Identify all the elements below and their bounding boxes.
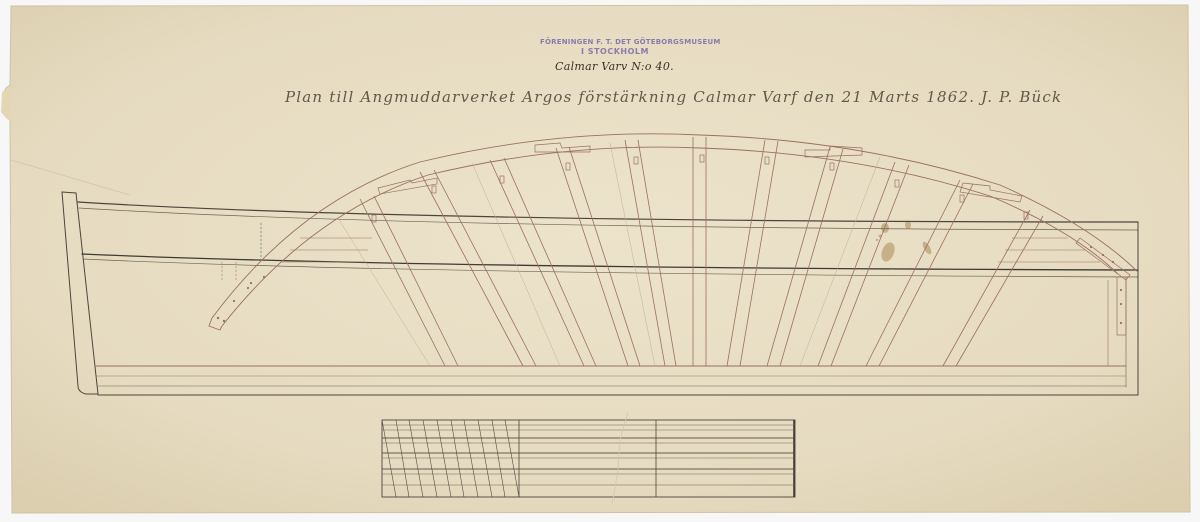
drawing-sheet (0, 0, 1200, 522)
catalog-note: Calmar Varv N:o 40. (555, 60, 674, 73)
stamp-line-1: FÖRENINGEN F. T. DET GÖTEBORGSMUSEUM (540, 38, 690, 46)
stamp-line-2: I STOCKHOLM (540, 47, 690, 56)
paper (4, 5, 1190, 513)
drawing-title: Plan till Angmuddarverket Argos förstärk… (285, 88, 1062, 106)
museum-stamp: FÖRENINGEN F. T. DET GÖTEBORGSMUSEUM I S… (540, 38, 690, 56)
ship-plan-drawing (0, 0, 1200, 522)
